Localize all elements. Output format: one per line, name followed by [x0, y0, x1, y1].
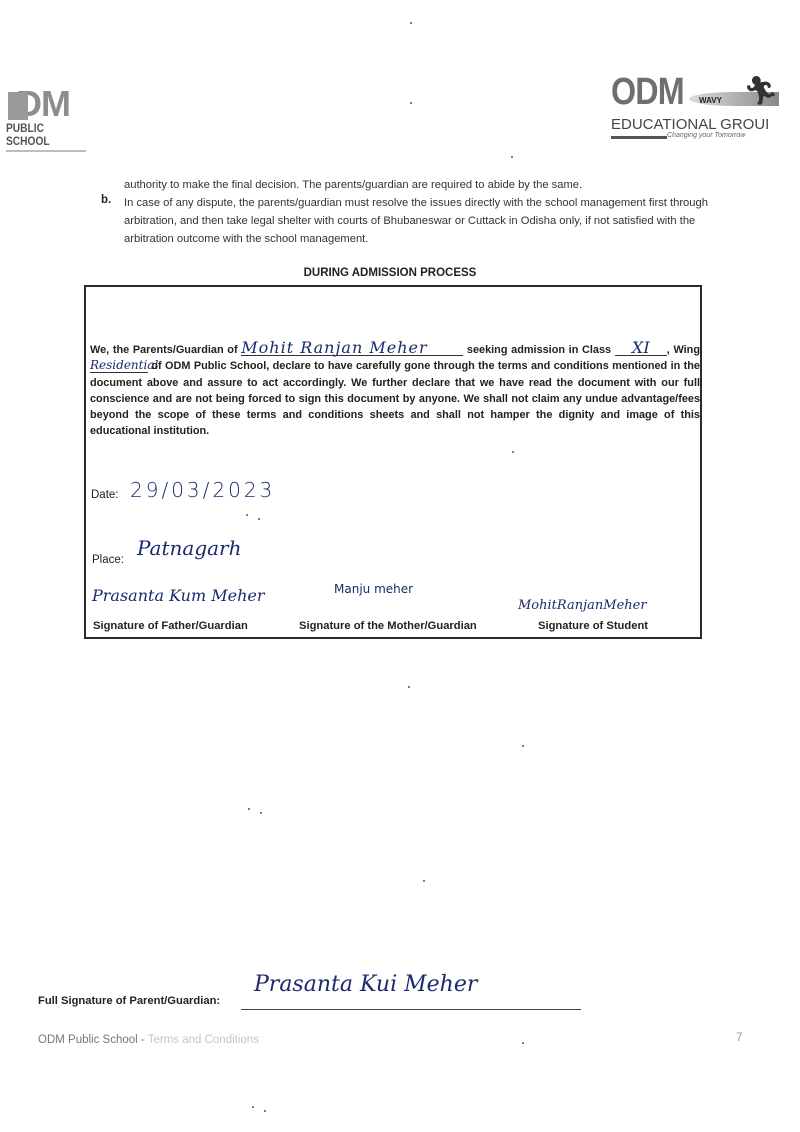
scan-speck — [246, 514, 248, 516]
father-signature[interactable]: Prasanta Kum Meher — [92, 586, 265, 605]
father-signature-label: Signature of Father/Guardian — [93, 620, 248, 632]
student-signature-label: Signature of Student — [538, 620, 648, 632]
place-label: Place: — [92, 554, 124, 566]
scan-speck — [410, 102, 412, 104]
clause-b-text: In case of any dispute, the parents/guar… — [124, 194, 714, 248]
full-signature-label: Full Signature of Parent/Guardian: — [38, 995, 220, 1007]
footer-doc-title: Terms and Conditions — [148, 1034, 259, 1046]
place-field[interactable]: Patnagarh — [137, 536, 242, 560]
full-signature-field[interactable]: Prasanta Kui Meher — [254, 972, 477, 997]
scan-speck — [264, 1110, 266, 1112]
odm-educational-group-logo: ODM 🏃︎ WAVY EDUCATIONAL GROUI Changing y… — [611, 74, 800, 146]
date-field[interactable]: 29/03/2023 — [130, 478, 275, 502]
scan-speck — [512, 451, 514, 453]
scan-speck — [252, 1106, 254, 1108]
logo-underline — [6, 150, 86, 152]
tagline-bar — [611, 136, 667, 139]
page-number: 7 — [736, 1032, 742, 1044]
scan-speck — [522, 1042, 524, 1044]
section-title: DURING ADMISSION PROCESS — [0, 267, 780, 279]
student-signature[interactable]: MohitRanjanMeher — [518, 598, 647, 613]
logo-name: EDUCATIONAL GROUI — [611, 116, 769, 133]
wavy-text: WAVY — [699, 96, 722, 105]
scan-speck — [258, 518, 260, 520]
scan-speck — [260, 812, 262, 814]
scan-speck — [522, 745, 524, 747]
full-signature-line — [241, 1009, 581, 1010]
logo-subtitle: PUBLIC SCHOOL — [6, 122, 77, 148]
scan-speck — [410, 22, 412, 24]
scan-speck — [408, 686, 410, 688]
clause-b-label: b. — [101, 194, 111, 206]
scan-speck — [423, 880, 425, 882]
mother-signature-label: Signature of the Mother/Guardian — [299, 620, 477, 632]
declaration-text: We, the Parents/Guardian of Mohit Ranjan… — [90, 341, 700, 440]
clause-a-continuation: authority to make the final decision. Th… — [124, 176, 724, 194]
date-label: Date: — [91, 489, 119, 501]
class-field[interactable]: XI — [615, 341, 667, 356]
student-name-field[interactable]: Mohit Ranjan Meher — [241, 341, 463, 356]
scan-speck — [511, 156, 513, 158]
logo-tagline: Changing your Tomorrow — [667, 132, 745, 139]
footer-school: ODM Public School - — [38, 1034, 148, 1046]
logo-block-icon — [8, 92, 28, 120]
wing-field[interactable]: Residential — [90, 358, 148, 373]
odm-public-school-logo: DM PUBLIC SCHOOL — [6, 86, 90, 140]
scan-speck — [248, 808, 250, 810]
page-footer: ODM Public School - Terms and Conditions — [38, 1034, 259, 1046]
runner-icon: 🏃︎ — [743, 74, 779, 107]
mother-signature[interactable]: Manju meher — [334, 582, 413, 596]
